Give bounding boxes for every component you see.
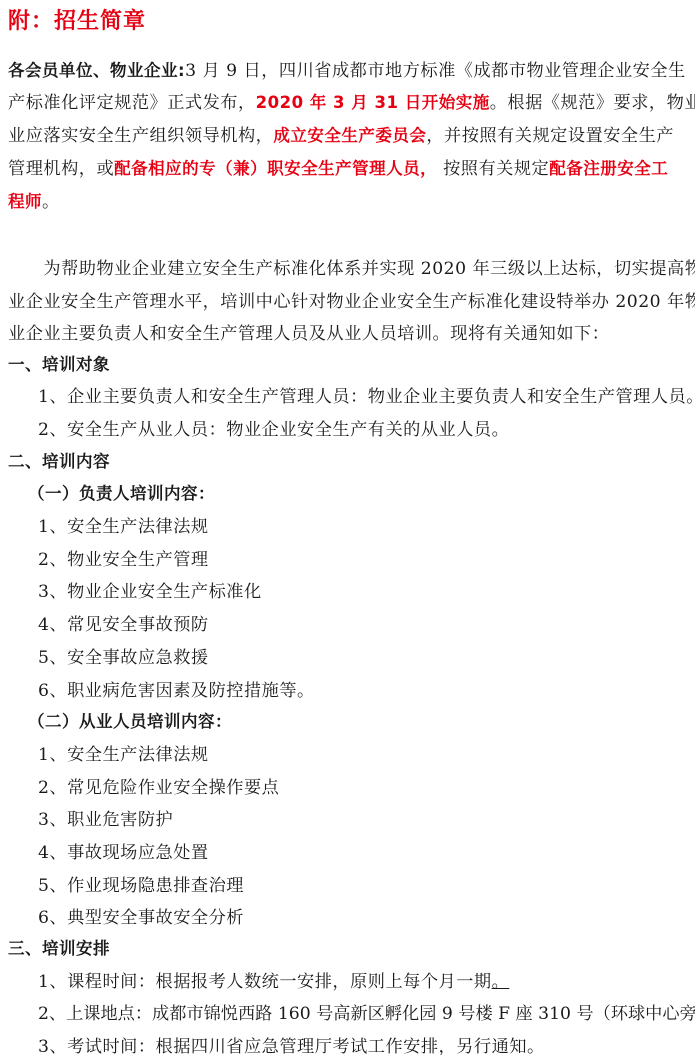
list-item: 3、考试时间：根据四川省应急管理厅考试工作安排，另行通知。 bbox=[38, 1035, 545, 1055]
intro-text: ，并按照有关规定设置安全生产 bbox=[426, 126, 674, 146]
list-item: 1、课程时间：根据报考人数统一安排，原则上每个月一期。 bbox=[38, 970, 509, 994]
list-item: 2、安全生产从业人员：物业企业安全生产有关的从业人员。 bbox=[38, 418, 509, 442]
highlight-committee: 成立安全生产委员会 bbox=[273, 126, 426, 145]
list-item: 2、常见危险作业安全操作要点 bbox=[38, 776, 279, 800]
list-item: 2、上课地点：成都市锦悦西路 160 号高新区孵化园 9 号楼 F 座 310 … bbox=[38, 1002, 695, 1026]
intro-text: 按照有关规定 bbox=[437, 159, 549, 179]
list-item: 2、物业安全生产管理 bbox=[38, 548, 209, 572]
subsection-heading-staff: （二）从业人员培训内容： bbox=[28, 710, 232, 734]
list-item: 6、典型安全事故安全分析 bbox=[38, 906, 244, 930]
highlight-engineer: 配备注册安全工 bbox=[549, 159, 668, 178]
intro-line-2: 产标准化评定规范》正式发布，2020 年 3 月 31 日开始实施。根据《规范》… bbox=[8, 91, 695, 115]
intro-text: 3 月 9 日，四川省成都市地方标准《成都市物业管理企业安全生 bbox=[185, 61, 686, 81]
list-item: 1、企业主要负责人和安全生产管理人员：物业企业主要负责人和安全生产管理人员。 bbox=[38, 385, 695, 409]
intro-text: 管理机构，或 bbox=[8, 159, 114, 179]
intro-text: 。 bbox=[42, 192, 60, 212]
intro-line-1: 各会员单位、物业企业:3 月 9 日，四川省成都市地方标准《成都市物业管理企业安… bbox=[8, 59, 686, 83]
intro-line-3: 业应落实安全生产组织领导机构，成立安全生产委员会，并按照有关规定设置安全生产 bbox=[8, 124, 674, 148]
list-item: 5、作业现场隐患排查治理 bbox=[38, 874, 244, 898]
para2-line-1: 为帮助物业企业建立安全生产标准化体系并实现 2020 年三级以上达标，切实提高物 bbox=[8, 257, 695, 281]
list-item: 3、物业企业安全生产标准化 bbox=[38, 580, 262, 604]
list-item: 6、职业病危害因素及防控措施等。 bbox=[38, 679, 315, 703]
para2-line-3: 业企业主要负责人和安全生产管理人员及从业人员培训。现将有关通知如下： bbox=[8, 322, 609, 346]
section-heading-targets: 一、培训对象 bbox=[8, 353, 110, 377]
intro-text: 业应落实安全生产组织领导机构， bbox=[8, 126, 273, 146]
underlined-period: 。 bbox=[492, 972, 510, 992]
highlight-engineer-cont: 程师 bbox=[8, 192, 42, 211]
list-item: 5、安全事故应急救援 bbox=[38, 646, 209, 670]
highlight-safety-staff: 配备相应的专（兼）职安全生产管理人员， bbox=[114, 159, 437, 178]
intro-line-5: 程师。 bbox=[8, 190, 60, 214]
addressee: 各会员单位、物业企业: bbox=[8, 61, 185, 80]
para2-line-2: 业企业安全生产管理水平，培训中心针对物业企业安全生产标准化建设特举办 2020 … bbox=[8, 290, 695, 314]
subsection-heading-leaders: （一）负责人培训内容： bbox=[28, 482, 215, 506]
intro-line-4: 管理机构，或配备相应的专（兼）职安全生产管理人员， 按照有关规定配备注册安全工 bbox=[8, 157, 668, 181]
page-title: 附：招生简章 bbox=[8, 4, 146, 35]
list-item: 3、职业危害防护 bbox=[38, 808, 173, 832]
list-item: 1、安全生产法律法规 bbox=[38, 515, 209, 539]
list-item: 1、安全生产法律法规 bbox=[38, 743, 209, 767]
list-item: 4、常见安全事故预防 bbox=[38, 613, 209, 637]
schedule-text: 1、课程时间：根据报考人数统一安排，原则上每个月一期 bbox=[38, 972, 492, 992]
highlight-effective-date: 2020 年 3 月 31 日开始实施 bbox=[256, 93, 490, 112]
section-heading-content: 二、培训内容 bbox=[8, 450, 110, 474]
list-item: 4、事故现场应急处置 bbox=[38, 841, 209, 865]
section-heading-arrangement: 三、培训安排 bbox=[8, 937, 110, 961]
intro-text: 产标准化评定规范》正式发布， bbox=[8, 93, 256, 113]
intro-text: 。根据《规范》要求，物业企 bbox=[490, 93, 695, 113]
